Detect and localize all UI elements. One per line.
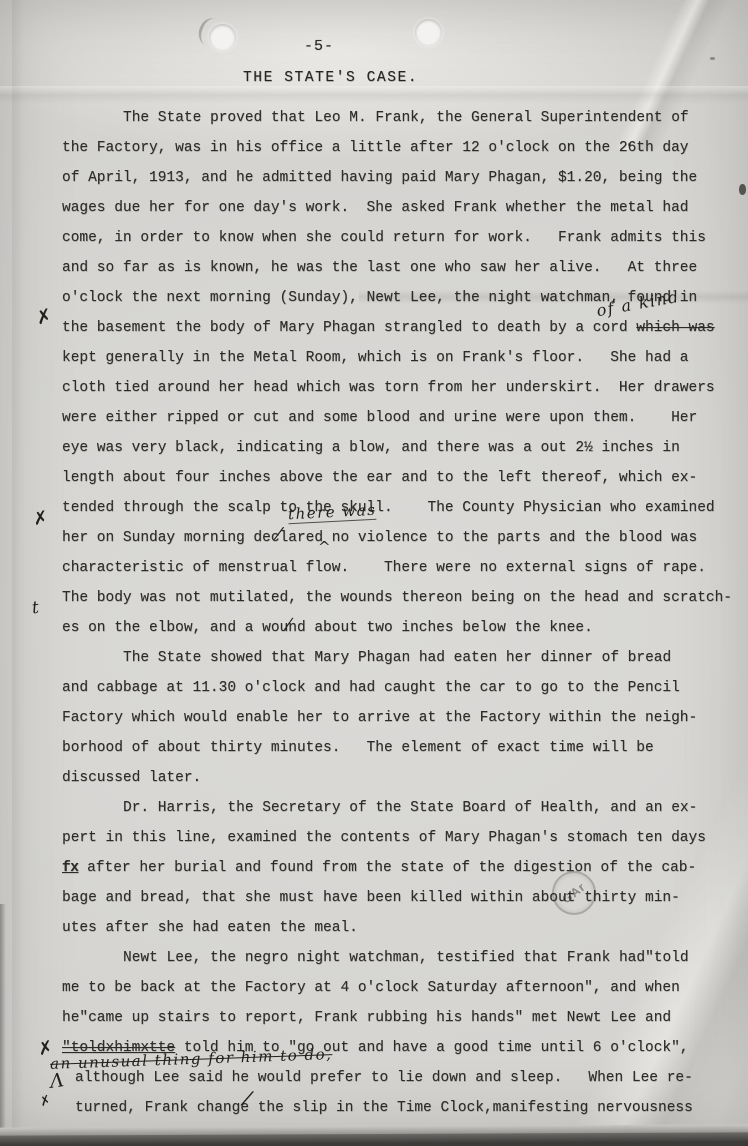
handwritten-annotation-layer: of a kindthere was^∕∕an unusual thing fo… (0, 0, 748, 1146)
scanned-document-page: GAr -5- THE STATE'S CASE. The State prov… (0, 0, 748, 1146)
margin-x-mark: ✗ (31, 507, 50, 530)
margin-caret: Λ (49, 1069, 66, 1093)
struck-handwriting: an unusual thing for him to do, (50, 1045, 333, 1073)
margin-x-mark: ✗ (36, 1037, 55, 1061)
margin-x-mark: ✗ (38, 1093, 53, 1111)
margin-check: t (31, 598, 40, 619)
correction-slash-wound: ∕ (285, 614, 294, 634)
insertion-of-a-kind: of a kind (595, 287, 681, 320)
correction-slash-change: ∕ (241, 1085, 255, 1110)
insertion-there-was: there was (288, 501, 377, 525)
correction-slash-declared: ∕ (274, 524, 285, 545)
caret-declared: ^ (318, 538, 332, 556)
margin-x-mark: ✗ (34, 304, 55, 329)
